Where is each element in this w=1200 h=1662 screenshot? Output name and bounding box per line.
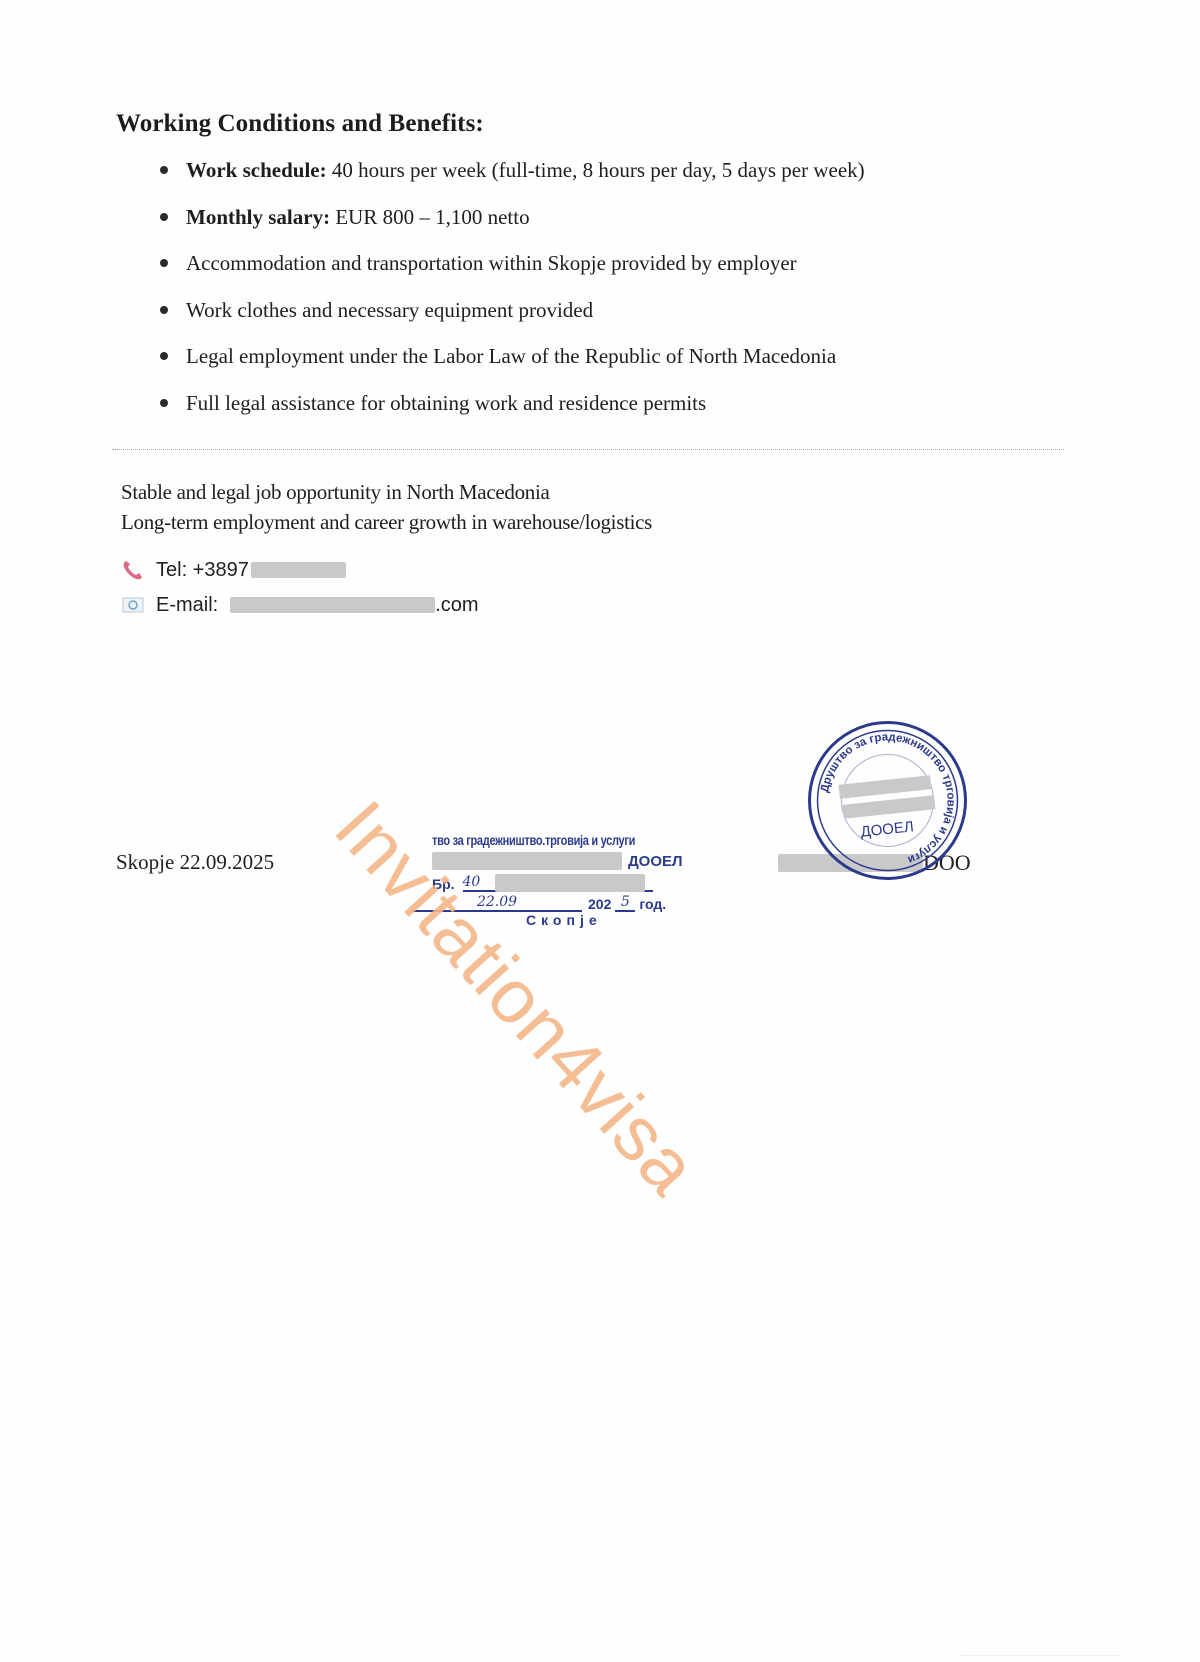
section-heading: Working Conditions and Benefits: (116, 110, 484, 138)
svg-text:Друштво за градежништво тргови: Друштво за градежништво трговија и услуг… (819, 731, 957, 865)
number-visible: 40 (463, 874, 481, 890)
item-label: Work schedule: (186, 158, 327, 182)
bullet-icon (160, 259, 168, 267)
item-label: Monthly salary: (186, 205, 330, 229)
bullet-icon (160, 399, 168, 407)
item-text: Legal employment under the Labor Law of … (186, 344, 836, 368)
redacted-number (495, 874, 645, 892)
dotted-divider (112, 449, 1064, 450)
contact-phone: Tel: +3897 (120, 557, 346, 583)
year-digit: 5 (615, 894, 635, 912)
bullet-icon (160, 166, 168, 174)
phone-icon (120, 557, 146, 583)
redacted-email (230, 597, 435, 613)
scan-artifacts (960, 1655, 1120, 1658)
document-page: Working Conditions and Benefits: Work sc… (0, 0, 1200, 1662)
year-prefix: 202 (588, 896, 611, 912)
list-item: Accommodation and transportation within … (160, 245, 865, 292)
item-text: EUR 800 – 1,100 netto (330, 205, 530, 229)
place-and-date: Skopje 22.09.2025 (116, 850, 274, 875)
redacted-phone (251, 562, 346, 578)
tagline-line-2: Long-term employment and career growth i… (121, 510, 652, 535)
stamp-city: Скопје (526, 912, 752, 928)
bullet-icon (160, 306, 168, 314)
list-item: Monthly salary: EUR 800 – 1,100 netto (160, 199, 865, 246)
item-text: Work clothes and necessary equipment pro… (186, 298, 593, 322)
item-text: Full legal assistance for obtaining work… (186, 391, 706, 415)
contact-email: E-mail: .com (120, 592, 479, 618)
company-suffix: ДООЕЛ (628, 853, 683, 870)
email-label: E-mail: (156, 594, 218, 617)
tagline-line-1: Stable and legal job opportunity in Nort… (121, 480, 550, 505)
stamp-line-activity: тво за градежништво.трговија и услуги (432, 833, 694, 848)
email-domain-suffix: .com (435, 594, 478, 617)
redacted-company-name (432, 852, 622, 870)
number-prefix: Бр. (432, 876, 455, 892)
benefits-list: Work schedule: 40 hours per week (full-t… (160, 152, 865, 432)
email-icon (120, 592, 146, 618)
list-item: Full legal assistance for obtaining work… (160, 385, 865, 432)
year-suffix: год. (639, 896, 666, 912)
list-item: Legal employment under the Labor Law of … (160, 338, 865, 385)
bullet-icon (160, 352, 168, 360)
company-seal: Друштво за градежништво трговија и услуг… (805, 718, 970, 883)
registration-stamp: тво за градежништво.трговија и услуги ДО… (432, 833, 752, 928)
seal-ring-text: Друштво за градежништво трговија и услуг… (819, 731, 957, 865)
list-item: Work clothes and necessary equipment pro… (160, 292, 865, 339)
list-item: Work schedule: 40 hours per week (full-t… (160, 152, 865, 199)
date-handwritten: 22.09 (412, 894, 582, 912)
stamp-line-number: Бр. 40 (432, 874, 752, 892)
stamp-line-company: ДООЕЛ (432, 852, 752, 870)
stamp-line-date: 22.09 202 5 год. (432, 894, 752, 912)
item-text: Accommodation and transportation within … (186, 251, 797, 275)
item-text: 40 hours per week (full-time, 8 hours pe… (327, 158, 865, 182)
phone-label: Tel: +3897 (156, 559, 249, 582)
seal-center-text: ДООЕЛ (860, 818, 915, 840)
number-field: 40 (463, 874, 653, 892)
bullet-icon (160, 213, 168, 221)
